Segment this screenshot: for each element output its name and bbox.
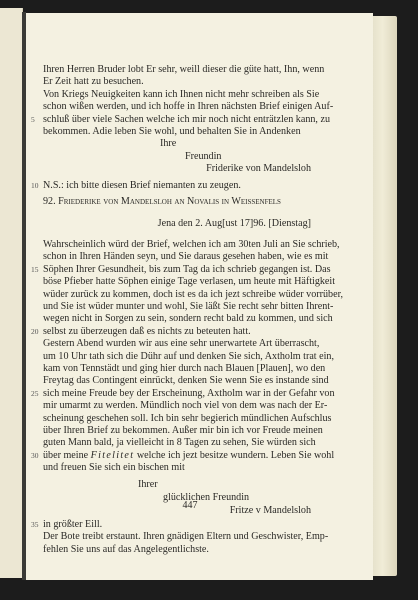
closing-line: Ihre (43, 138, 311, 150)
text-line: schon in Ihren Händen seyn, und Sie dara… (43, 251, 311, 263)
page-block-edge (373, 16, 397, 576)
text-line: scheinung geschehen soll. Ich bin sehr b… (43, 413, 311, 425)
text-line: und Sie ist wüder munter und wohl, Sie l… (43, 301, 311, 313)
closing-line: Ihrer (43, 479, 311, 491)
line-number: 15 (31, 264, 41, 276)
text-line: Er Zeit hatt zu besuchen. (43, 76, 311, 88)
text-line: Gestern Abend wurden wir aus eine sehr u… (43, 338, 311, 350)
line-number: 30 (31, 450, 41, 462)
text-line: fehlen Sie uns auf das Angelegentlichste… (43, 544, 311, 556)
signature: Friderike von Mandelsloh (43, 163, 311, 175)
page-number: 447 (170, 500, 210, 511)
text-line: Söphen Ihrer Gesundheit, bis zum Tag da … (43, 264, 311, 276)
text-line: Wahrscheinlich würd der Brief, welchen i… (43, 239, 311, 251)
text-line: bekommen. Adie leben Sie wohl, und behal… (43, 126, 311, 138)
line-number: 10 (31, 180, 41, 192)
line-number: 5 (31, 114, 41, 126)
text-line: über Ihren Brief zu bekommen. Außer mir … (43, 425, 311, 437)
text-line: Von Kriegs Neuigkeiten kann ich Ihnen ni… (43, 89, 311, 101)
text-line: sich meine Freude bey der Erscheinung, A… (43, 388, 311, 400)
text-line: mir umarmt zu werden. Mündlich noch viel… (43, 400, 311, 412)
text-line: schluß über viele Sachen welche ich mir … (43, 114, 311, 126)
line-number: 25 (31, 388, 41, 400)
postscript: N.S.: ich bitte diesen Brief niemanten z… (43, 180, 311, 192)
text-line: schon wißen werden, und ich hoffe in Ihr… (43, 101, 311, 113)
text-line: kam von Tennstädt und ging hier durch na… (43, 363, 311, 375)
text-line: selbst zu überzeugen daß es nichts zu be… (43, 326, 311, 338)
emphasized-word: Fitelitet (91, 450, 135, 461)
text-line: um 10 Uhr tath sich die Dühr auf und den… (43, 351, 311, 363)
text-line: wüder zurück zu kommen, doch ist es da i… (43, 289, 311, 301)
facing-page-edge (0, 8, 23, 578)
text-line: guten Mann bald, ja vielleicht in 8 Tage… (43, 437, 311, 449)
closing-line: Freundin (43, 151, 311, 163)
letter-heading: 92. Friederike von Mandelsloh an Novalis… (43, 196, 311, 208)
text-line: in größter Eill.35 (43, 519, 311, 531)
text-line: wegen nicht in Sorgen zu sein, sondern r… (43, 313, 311, 325)
text-line: Der Bote treibt erstaunt. Ihren gnädigen… (43, 531, 311, 543)
text-line: böse Pfieber hatte Söphen einige Tage ve… (43, 276, 311, 288)
line-number: 35 (31, 519, 41, 531)
text-line: und freuen Sie sich ein bischen mit (43, 462, 311, 474)
text-line: Ihren Herren Bruder lobt Er sehr, weill … (43, 64, 311, 76)
dateline: Jena den 2. Aug[ust 17]96. [Dienstag] (43, 218, 311, 230)
line-number: 20 (31, 326, 41, 338)
text-line: über meine Fitelitet welche ich jezt bes… (43, 450, 311, 462)
text-line: Freytag das Contingent einrückt, denken … (43, 375, 311, 387)
